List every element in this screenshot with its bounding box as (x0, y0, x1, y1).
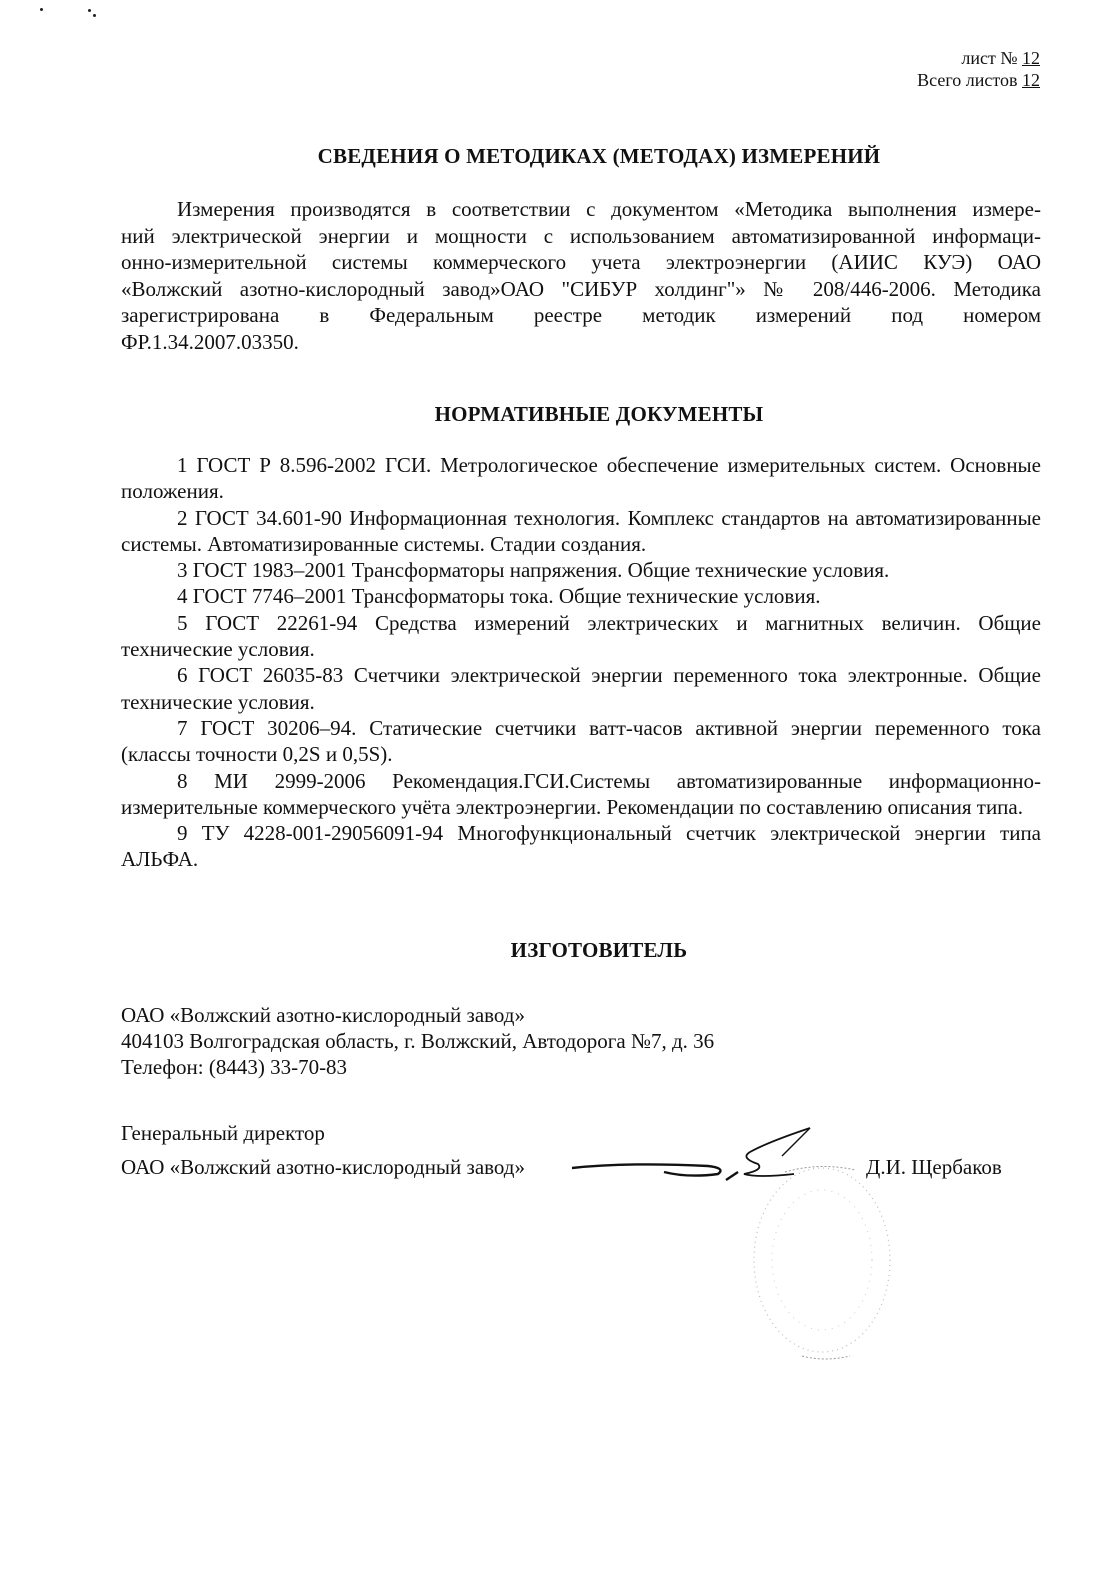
manufacturer-address: 404103 Волгоградская область, г. Волжски… (121, 1028, 714, 1054)
total-sheets-number: 12 (1022, 70, 1040, 90)
sheet-number-line: лист № 12 (917, 47, 1040, 69)
paragraph-line: ний электрической энергии и мощности с и… (121, 223, 1041, 250)
normative-item: 6 ГОСТ 26035-83 Счетчики электрической э… (121, 662, 1041, 715)
normative-item: 1 ГОСТ Р 8.596-2002 ГСИ. Метрологическое… (121, 452, 1041, 505)
manufacturer-info: ОАО «Волжский азотно-кислородный завод» … (121, 1002, 714, 1080)
normative-item: 9 ТУ 4228-001-29056091-94 Многофункциона… (121, 820, 1041, 873)
scan-speck (40, 8, 43, 11)
sheet-label: лист № (961, 48, 1017, 68)
normative-item: 8 МИ 2999-2006 Рекомендация.ГСИ.Системы … (121, 768, 1041, 821)
scan-speck (88, 9, 91, 12)
signatory-company: ОАО «Волжский азотно-кислородный завод» (121, 1155, 525, 1179)
scan-speck (93, 14, 96, 17)
total-sheets-label: Всего листов (917, 70, 1017, 90)
paragraph-line: «Волжский азотно-кислородный завод»ОАО "… (121, 276, 1041, 303)
normative-item: 2 ГОСТ 34.601-90 Информационная технолог… (121, 505, 1041, 558)
sheet-number: 12 (1022, 48, 1040, 68)
normative-heading: НОРМАТИВНЫЕ ДОКУМЕНТЫ (0, 402, 1098, 427)
manufacturer-company: ОАО «Волжский азотно-кислородный завод» (121, 1002, 714, 1028)
manufacturer-phone: Телефон: (8443) 33-70-83 (121, 1054, 714, 1080)
paragraph-line: ФР.1.34.2007.03350. (121, 329, 1041, 356)
normative-list: 1 ГОСТ Р 8.596-2002 ГСИ. Метрологическое… (121, 452, 1041, 873)
stamp-icon (740, 1160, 910, 1380)
normative-item: 3 ГОСТ 1983–2001 Трансформаторы напряжен… (121, 557, 1041, 583)
normative-item: 4 ГОСТ 7746–2001 Трансформаторы тока. Об… (121, 583, 1041, 609)
normative-item: 5 ГОСТ 22261-94 Средства измерений элект… (121, 610, 1041, 663)
signature-icon (568, 1122, 828, 1192)
position-title: Генеральный директор (121, 1120, 325, 1146)
paragraph-line: Измерения производятся в соответствии с … (121, 196, 1041, 223)
normative-item: 7 ГОСТ 30206–94. Статические счетчики ва… (121, 715, 1041, 768)
paragraph-line: зарегистрирована в Федеральным реестре м… (121, 302, 1041, 329)
manufacturer-heading: ИЗГОТОВИТЕЛЬ (0, 938, 1098, 963)
paragraph-line: онно-измерительной системы коммерческого… (121, 249, 1041, 276)
methods-heading: СВЕДЕНИЯ О МЕТОДИКАХ (МЕТОДАХ) ИЗМЕРЕНИЙ (0, 144, 1098, 169)
signatory-position: Генеральный директор (121, 1120, 325, 1146)
methods-paragraph: Измерения производятся в соответствии с … (121, 196, 1041, 355)
total-sheets-line: Всего листов 12 (917, 69, 1040, 91)
signer-name: Д.И. Щербаков (866, 1154, 1002, 1180)
sheet-info: лист № 12 Всего листов 12 (917, 47, 1040, 91)
